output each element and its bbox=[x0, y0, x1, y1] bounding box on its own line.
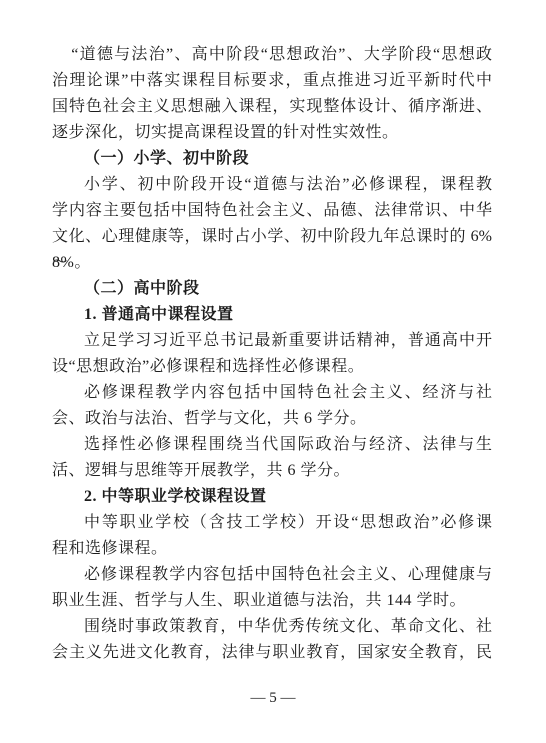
text-line: 文化、心理健康等，课时占小学、初中阶段九年总课时的 6%～ bbox=[52, 224, 492, 250]
section-heading: （二）高中阶段 bbox=[52, 276, 492, 302]
text-line: 逐步深化，切实提高课程设置的针对性实效性。 bbox=[52, 120, 492, 146]
text-line: 职业生涯、哲学与人生、职业道德与法治，共 144 学时。 bbox=[52, 588, 492, 614]
text-line: 8%。 bbox=[52, 250, 492, 276]
text-line: 必修课程教学内容包括中国特色社会主义、经济与社 bbox=[52, 380, 492, 406]
text-line: 选择性必修课程围绕当代国际政治与经济、法律与生 bbox=[52, 432, 492, 458]
text-line: 治理论课”中落实课程目标要求，重点推进习近平新时代中 bbox=[52, 68, 492, 94]
section-heading: 2. 中等职业学校课程设置 bbox=[52, 484, 492, 510]
text-line: “道德与法治”、高中阶段“思想政治”、大学阶段“思想政 bbox=[52, 42, 492, 68]
text-line: 围绕时事政策教育，中华优秀传统文化、革命文化、社 bbox=[52, 614, 492, 640]
document-page: “道德与法治”、高中阶段“思想政治”、大学阶段“思想政治理论课”中落实课程目标要… bbox=[0, 0, 546, 743]
text-line: 活、逻辑与思维等开展教学，共 6 学分。 bbox=[52, 458, 492, 484]
text-line: 立足学习习近平总书记最新重要讲话精神，普通高中开 bbox=[52, 328, 492, 354]
text-line: 设“思想政治”必修课程和选择性必修课程。 bbox=[52, 354, 492, 380]
text-line: 程和选修课程。 bbox=[52, 536, 492, 562]
text-line: 小学、初中阶段开设“道德与法治”必修课程，课程教 bbox=[52, 172, 492, 198]
section-heading: 1. 普通高中课程设置 bbox=[52, 302, 492, 328]
text-line: 会、政治与法治、哲学与文化，共 6 学分。 bbox=[52, 406, 492, 432]
page-number: — 5 — bbox=[0, 688, 546, 708]
text-line: 学内容主要包括中国特色社会主义、品德、法律常识、中华 bbox=[52, 198, 492, 224]
document-text: “道德与法治”、高中阶段“思想政治”、大学阶段“思想政治理论课”中落实课程目标要… bbox=[52, 42, 492, 666]
text-line: 国特色社会主义思想融入课程，实现整体设计、循序渐进、 bbox=[52, 94, 492, 120]
text-line: 必修课程教学内容包括中国特色社会主义、心理健康与 bbox=[52, 562, 492, 588]
text-line: 会主义先进文化教育，法律与职业教育，国家安全教育，民 bbox=[52, 640, 492, 666]
text-line: 中等职业学校（含技工学校）开设“思想政治”必修课 bbox=[52, 510, 492, 536]
section-heading: （一）小学、初中阶段 bbox=[52, 146, 492, 172]
